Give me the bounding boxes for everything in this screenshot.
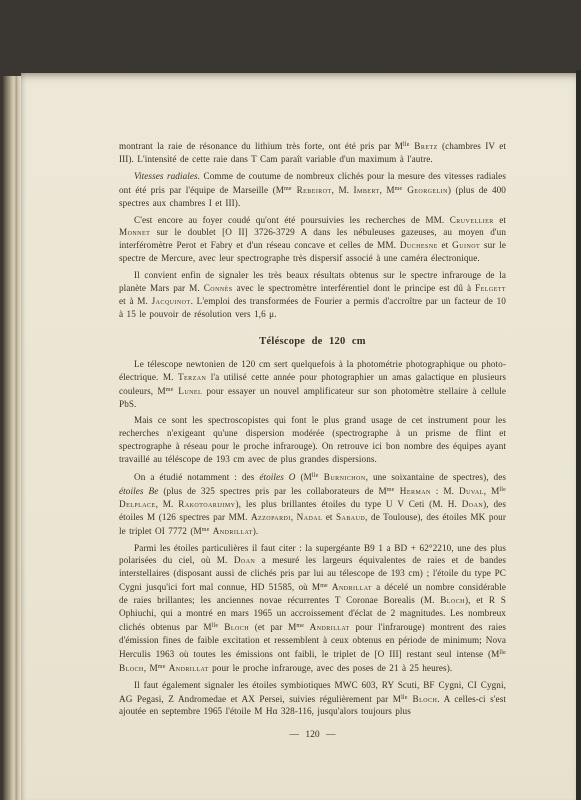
paragraph: Il faut également signaler les étoiles s… [119,679,506,719]
person-name: Rebeirot [292,185,332,195]
person-name: Herman [394,486,430,496]
text-run: montrant la raie de résonance du lithium… [119,141,403,151]
superscript: me [166,387,174,393]
person-name: Bretz [410,141,438,151]
person-name: Terzan [178,372,206,382]
section-telescope-120: Le télescope newtonien de 120 cm sert qu… [119,358,506,719]
text-column: montrant la raie de résonance du lithium… [21,73,576,740]
person-name: Bloch [440,595,465,605]
text-run: On a étudié notamment : des [134,472,259,482]
person-name: Sabaud [336,512,365,522]
person-name: Duchesne [400,240,438,250]
person-name: Bloch [408,694,438,704]
superscript: lle [403,142,410,148]
person-name: Imbert [354,185,380,195]
person-name: Georgelin [402,185,448,195]
text-run: et [494,215,506,225]
paragraph: Vitesses radiales. Comme de coutume de n… [119,170,506,210]
text-run: , M [144,663,158,673]
paragraph: C'est encore au foyer coudé qu'ont été p… [119,214,506,266]
text-run: (M [296,472,312,482]
person-name: Connès [204,283,233,293]
person-name: Bloch [119,663,144,673]
person-name: Bloch [218,622,249,632]
person-name: Andrillat [209,526,252,536]
text-run: et [322,512,336,522]
text-run: C'est encore au foyer coudé qu'ont été p… [134,215,450,225]
person-name: Monnet [119,227,150,237]
person-name: Burnichon [318,472,365,482]
italic-run: étoiles O [259,472,295,482]
person-name: Duval [459,486,484,496]
text-run: , M [380,185,395,195]
superscript: lle [499,650,506,656]
paragraph: montrant la raie de résonance du lithium… [119,139,506,166]
italic-run: Vitesses radiales. [134,171,200,181]
person-name: Delplace [119,499,156,509]
person-name: Felgett [475,283,506,293]
italic-run: étoiles Be [119,486,158,496]
page-number: — 120 — [119,730,506,740]
paragraph: Parmi les étoiles particulières il faut … [119,542,506,675]
paragraph: Il convient enfin de signaler les très b… [119,269,506,321]
person-name: Jacquinot [152,296,191,306]
person-name: Azzopardi [251,512,291,522]
person-name: Doan [462,499,483,509]
person-name: Rakotoarijimy [178,499,235,509]
text-run: (et par M [249,622,296,632]
person-name: Guinot [452,240,480,250]
section-heading: Téléscope de 120 cm [119,336,506,347]
text-run: , une soixantaine de spectres), des [366,472,506,482]
text-run: : M. [431,486,459,496]
person-name: Doan [234,555,255,565]
superscript: me [296,623,304,629]
page-stack-edges [3,76,21,800]
superscript: lle [499,487,506,493]
paragraph: Mais ce sont les spectroscopistes qui fo… [119,414,506,466]
text-run: ). [253,526,259,536]
person-name: Nadal [297,512,323,522]
text-run: , M. [332,185,354,195]
paragraph: On a étudié notamment : des étoiles O (M… [119,470,506,538]
superscript: me [284,186,292,192]
text-run: , M. [156,499,179,509]
superscript: lle [401,695,408,701]
text-run: et [438,240,452,250]
text-run: ), les plus brillantes étoiles du type U… [235,499,461,509]
person-name: Andrillat [328,582,372,592]
text-run: (plus de 325 spectres pris par les colla… [158,486,386,496]
scanned-book-photo: montrant la raie de résonance du lithium… [0,0,581,800]
text-run: pour le proche infrarouge, avec des pose… [209,663,453,673]
text-run: Mais ce sont les spectroscopistes qui fo… [119,415,506,464]
paragraph: Le télescope newtonien de 120 cm sert qu… [119,358,506,411]
section-spectrographie-coude: montrant la raie de résonance du lithium… [119,139,506,321]
person-name: Lunel [174,386,203,396]
text-run: et à M. [119,296,152,306]
text-run: , M [484,486,500,496]
superscript: me [320,583,328,589]
person-name: Andrillat [165,663,208,673]
photo-right-edge [576,70,581,800]
person-name: Andrillat [304,622,350,632]
person-name: Cruvellier [450,215,494,225]
text-run: avec le spectromètre interférentiel dont… [233,283,476,293]
book-page: montrant la raie de résonance du lithium… [21,73,576,800]
